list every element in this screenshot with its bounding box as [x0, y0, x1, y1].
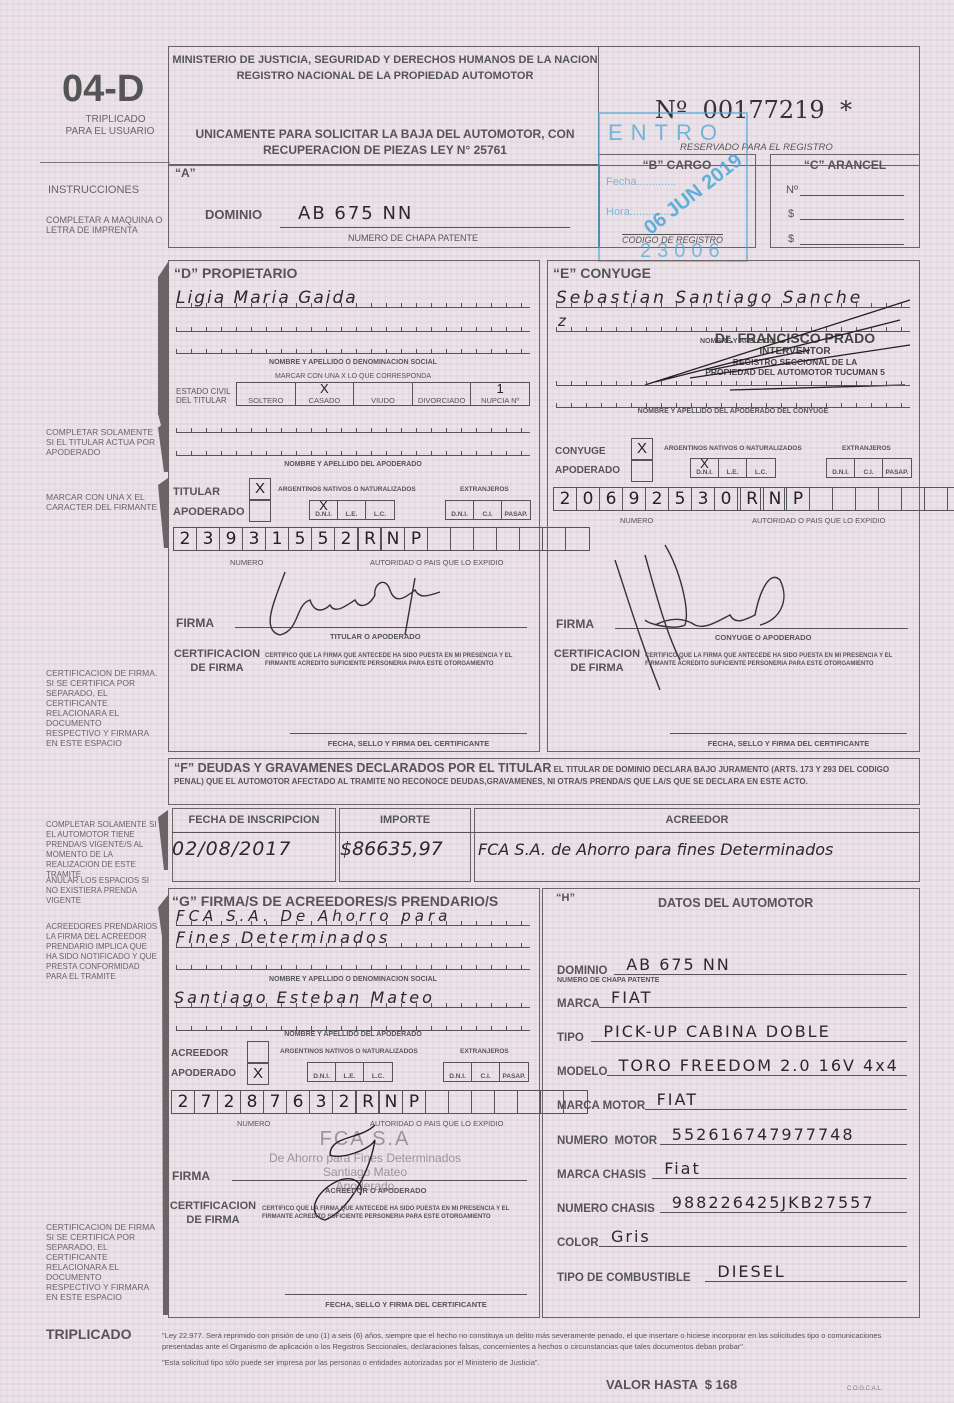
char-cell[interactable]: 6 — [600, 488, 623, 510]
char-cell[interactable]: R — [741, 488, 764, 510]
g-ext-caption: EXTRANJEROS — [460, 1048, 509, 1055]
arancel-s2-label: $ — [788, 233, 794, 245]
name-line-3[interactable] — [176, 346, 530, 354]
civil-label: ESTADO CIVIL DEL TITULAR — [176, 387, 236, 405]
importe-value[interactable]: $86635,97 — [340, 838, 443, 860]
char-cell[interactable]: 3 — [310, 1091, 333, 1113]
doc-type-option[interactable]: L.E. — [719, 459, 747, 477]
civil-option[interactable]: SOLTERO — [237, 383, 296, 405]
vehicle-field-label: TIPO — [557, 1032, 584, 1044]
stamp-entro: ENTRO — [608, 120, 725, 146]
ministry-title: MINISTERIO DE JUSTICIA, SEGURIDAD Y DERE… — [170, 54, 600, 66]
char-cell[interactable]: 3 — [197, 528, 220, 550]
vehicle-field-line[interactable] — [660, 1212, 907, 1213]
char-cell[interactable] — [879, 488, 902, 510]
cert-note-2: CERTIFICACION DE FIRMA SI SE CERTIFICA P… — [46, 1222, 158, 1302]
doc-type-mark: X — [691, 456, 718, 471]
char-cell[interactable]: 9 — [623, 488, 646, 510]
col-fecha-header: FECHA DE INSCRIPCION — [172, 814, 336, 826]
conyuge-firma-label: FIRMA — [556, 617, 594, 631]
char-cell[interactable]: 2 — [554, 488, 577, 510]
doc-type-option[interactable]: PASAP. — [883, 459, 911, 477]
vehicle-field: TIPOPICK-UP CABINA DOBLE — [557, 1022, 907, 1044]
arancel-s2-field[interactable] — [800, 244, 904, 245]
section-a-tag: “A” — [175, 166, 196, 180]
vehicle-field: NUMERO MOTOR552616747977748 — [557, 1125, 907, 1147]
valor-hasta: VALOR HASTA $ 168 — [606, 1377, 737, 1392]
conyuge-apoderado-checkbox[interactable] — [631, 460, 653, 482]
divider — [40, 162, 170, 163]
col-importe-header: IMPORTE — [339, 814, 471, 826]
char-cell[interactable] — [520, 528, 543, 550]
firmante-note: MARCAR CON UNA X EL CARACTER DEL FIRMANT… — [46, 492, 158, 512]
g-name-caption: NOMBRE Y APELLIDO O DENOMINACION SOCIAL — [176, 976, 530, 983]
vehicle-field-label: NUMERO MOTOR — [557, 1135, 657, 1147]
doc-type-option[interactable]: C.I. — [474, 501, 502, 519]
doc-type-option[interactable]: D.N.I.X — [310, 501, 338, 519]
char-cell[interactable]: N — [380, 1091, 403, 1113]
char-cell[interactable]: 0 — [577, 488, 600, 510]
g-line-3[interactable] — [176, 962, 530, 970]
vehicle-field-label: NUMERO CHASIS — [557, 1203, 655, 1215]
civil-option-label: SOLTERO — [237, 396, 295, 405]
char-cell[interactable]: 3 — [692, 488, 715, 510]
anular-note: ANULAR LOS ESPACIOS SI NO EXISTIERA PREN… — [46, 876, 158, 906]
vehicle-field-label: DOMINIO — [557, 965, 607, 977]
g-arg-doc-type[interactable]: D.N.I.L.E.L.C. — [307, 1062, 393, 1082]
doc-type-option[interactable]: C.I. — [472, 1063, 500, 1081]
g-cert-label: CERTIFICACION DE FIRMA — [168, 1199, 258, 1227]
vehicle-field-line[interactable] — [660, 1144, 907, 1145]
vehicle-field: COLORGris — [557, 1227, 907, 1249]
conyuge-certificante-line[interactable] — [670, 733, 907, 734]
g-firma-label: FIRMA — [172, 1169, 210, 1183]
arancel-s1-field[interactable] — [800, 219, 904, 220]
purpose-line-2: RECUPERACION DE PIEZAS LEY N° 25761 — [170, 143, 600, 157]
section-h-tag: “H” — [556, 892, 575, 904]
vehicle-field-value[interactable]: PICK-UP CABINA DOBLE — [603, 1022, 830, 1041]
char-cell[interactable] — [518, 1091, 541, 1113]
g-acreedor-checkbox[interactable] — [247, 1041, 269, 1063]
vehicle-field-value[interactable]: FIAT — [611, 988, 652, 1007]
dominio-label: DOMINIO — [205, 207, 262, 222]
doc-type-option[interactable]: D.N.I. — [446, 501, 474, 519]
vehicle-field-value[interactable]: Gris — [611, 1227, 651, 1246]
mark-caption: MARCAR CON UNA X LO QUE CORRESPONDA — [176, 373, 530, 380]
titular-checkbox[interactable]: X — [249, 478, 271, 500]
conyuge-ext-caption: EXTRANJEROS — [842, 445, 891, 452]
doc-type-option[interactable]: PASAP. — [502, 501, 530, 519]
char-cell[interactable] — [856, 488, 879, 510]
doc-type-option[interactable]: L.C. — [366, 501, 394, 519]
char-cell[interactable]: 2 — [172, 1091, 195, 1113]
conyuge-authority-field[interactable]: RNP — [740, 487, 954, 511]
name-line-1 — [176, 300, 530, 308]
g-line-2 — [176, 940, 530, 948]
section-f-title: “F” DEUDAS Y GRAVAMENES DECLARADOS POR E… — [174, 761, 551, 775]
g-apoderado-checkbox[interactable]: X — [247, 1063, 269, 1085]
vehicle-field-label: MARCA CHASIS — [557, 1169, 646, 1181]
char-cell[interactable] — [902, 488, 925, 510]
vehicle-field: DOMINIOAB 675 NNNUMERO DE CHAPA PATENTE — [557, 955, 907, 977]
vehicle-field-label: COLOR — [557, 1237, 599, 1249]
certificante-line[interactable] — [290, 733, 527, 734]
vehicle-field-sublabel: NUMERO DE CHAPA PATENTE — [557, 977, 659, 984]
g-arg-caption: ARGENTINOS NATIVOS O NATURALIZADOS — [280, 1048, 418, 1055]
col-acreedor-header: ACREEDOR — [474, 814, 920, 826]
conyuge-apoderado-caption: NOMBRE Y APELLIDO DEL APODERADO DEL CONY… — [556, 408, 910, 415]
char-cell[interactable] — [495, 1091, 518, 1113]
vehicle-field: MARCA CHASISFiat — [557, 1159, 907, 1181]
titular-label: TITULAR — [173, 486, 220, 498]
conyuge-firma-caption: CONYUGE O APODERADO — [715, 633, 811, 642]
g-cert-text: CERTIFICO QUE LA FIRMA QUE ANTECEDE HA S… — [262, 1205, 530, 1221]
vehicle-field-value[interactable]: FIAT — [657, 1090, 698, 1109]
char-cell[interactable]: 6 — [287, 1091, 310, 1113]
char-cell[interactable]: 0 — [715, 488, 738, 510]
instructions-typing: COMPLETAR A MAQUINA O LETRA DE IMPRENTA — [46, 215, 166, 235]
instructions-title: INSTRUCCIONES — [48, 184, 139, 196]
vehicle-field-line[interactable] — [614, 974, 907, 975]
conyuge-apoderado-line-1[interactable] — [556, 378, 910, 386]
char-cell[interactable] — [474, 528, 497, 550]
vehicle-field-value[interactable]: 988226425JKB27557 — [672, 1193, 875, 1212]
civil-option-label: VIUDO — [354, 396, 412, 405]
apoderado-label: APODERADO — [173, 506, 245, 518]
char-cell[interactable]: 2 — [174, 528, 197, 550]
char-cell[interactable]: 1 — [266, 528, 289, 550]
vehicle-field-line[interactable] — [645, 1109, 907, 1110]
vehicle-field-line[interactable] — [599, 1246, 907, 1247]
footer-copy-label: TRIPLICADO — [46, 1326, 132, 1342]
doc-type-option[interactable]: D.N.I. — [308, 1063, 336, 1081]
char-cell[interactable]: 8 — [241, 1091, 264, 1113]
g-line-1 — [176, 918, 530, 926]
char-cell[interactable]: 2 — [646, 488, 669, 510]
apoderado-line-2[interactable] — [176, 448, 530, 456]
vehicle-field-line[interactable] — [607, 1075, 907, 1076]
vehicle-field: MARCAFIAT — [557, 988, 907, 1010]
vehicle-field-label: MARCA MOTOR — [557, 1100, 645, 1112]
f-header-divider — [172, 832, 920, 833]
doc-type-option[interactable]: L.C. — [747, 459, 775, 477]
vehicle-field: TIPO DE COMBUSTIBLEDIESEL — [557, 1262, 907, 1284]
apoderado-line-1[interactable] — [176, 425, 530, 433]
civil-mark: 1 — [471, 381, 529, 396]
g-certificante-caption: FECHA, SELLO Y FIRMA DEL CERTIFICANTE — [285, 1300, 527, 1309]
vehicle-field-line[interactable] — [652, 1178, 907, 1179]
g-numero-caption: NUMERO — [237, 1119, 270, 1128]
vehicle-field-label: MARCA — [557, 998, 600, 1010]
civil-option[interactable]: 1NUPCIA Nº — [471, 383, 529, 405]
g-ext-doc-type[interactable]: D.N.I.C.I.PASAP. — [443, 1062, 529, 1082]
vehicle-field: NUMERO CHASIS988226425JKB27557 — [557, 1193, 907, 1215]
civil-option[interactable]: VIUDO — [354, 383, 413, 405]
ext-doc-type[interactable]: D.N.I.C.I.PASAP. — [445, 500, 531, 520]
char-cell[interactable]: 2 — [333, 1091, 356, 1113]
char-cell[interactable] — [925, 488, 948, 510]
form-code: 04-D — [62, 68, 144, 111]
cert-label: CERTIFICACION DE FIRMA — [172, 647, 262, 675]
arg-caption: ARGENTINOS NATIVOS O NATURALIZADOS — [278, 486, 416, 493]
char-cell[interactable] — [810, 488, 833, 510]
apoderado-note: COMPLETAR SOLAMENTE SI EL TITULAR ACTUA … — [46, 427, 158, 457]
cert-text: CERTIFICO QUE LA FIRMA QUE ANTECEDE HA S… — [265, 652, 530, 668]
g-apoderado-caption: NOMBRE Y APELLIDO DEL APODERADO — [176, 1031, 530, 1038]
char-cell[interactable] — [426, 1091, 449, 1113]
ext-caption: EXTRANJEROS — [460, 486, 509, 493]
prenda-note: COMPLETAR SOLAMENTE SI EL AUTOMOTOR TIEN… — [46, 820, 158, 880]
dominio-field[interactable]: AB 675 NN — [298, 203, 413, 224]
doc-type-option[interactable]: L.E. — [336, 1063, 364, 1081]
char-cell[interactable]: 5 — [312, 528, 335, 550]
doc-type-option[interactable]: PASAP. — [500, 1063, 528, 1081]
char-cell[interactable]: 3 — [243, 528, 266, 550]
g-firma-caption: ACREEDOR O APODERADO — [325, 1186, 426, 1195]
conyuge-arg-caption: ARGENTINOS NATIVOS O NATURALIZADOS — [664, 445, 802, 452]
conyuge-checkbox[interactable]: X — [631, 438, 653, 460]
doc-type-option[interactable]: D.N.I.X — [691, 459, 719, 477]
civil-option[interactable]: XCASADO — [296, 383, 355, 405]
char-cell[interactable]: P — [787, 488, 810, 510]
char-cell[interactable]: P — [405, 528, 428, 550]
acreedor-value[interactable]: FCA S.A. de Ahorro para fines Determinad… — [478, 840, 833, 859]
char-cell[interactable]: 5 — [289, 528, 312, 550]
vehicle-field-label: TIPO DE COMBUSTIBLE — [557, 1272, 691, 1284]
conyuge-cert-label: CERTIFICACION DE FIRMA — [552, 647, 642, 675]
name-line-2[interactable] — [176, 324, 530, 332]
civil-mark: X — [296, 381, 354, 396]
arancel-s1-label: $ — [788, 208, 794, 220]
char-cell[interactable]: 9 — [220, 528, 243, 550]
doc-type-option[interactable]: C.I. — [855, 459, 883, 477]
conyuge-certificante-caption: FECHA, SELLO Y FIRMA DEL CERTIFICANTE — [670, 739, 907, 748]
vehicle-field-line[interactable] — [591, 1041, 907, 1042]
dominio-underline — [280, 227, 570, 228]
section-d-title: “D” PROPIETARIO — [174, 265, 297, 281]
vehicle-field-value[interactable]: DIESEL — [717, 1262, 785, 1281]
civil-option-label: NUPCIA Nº — [471, 396, 529, 405]
firma-label: FIRMA — [176, 616, 214, 630]
char-cell[interactable] — [428, 528, 451, 550]
section-e-title: “E” CONYUGE — [553, 265, 651, 281]
char-cell[interactable]: N — [764, 488, 787, 510]
g-certificante-line[interactable] — [285, 1294, 527, 1295]
copy-sub: PARA EL USUARIO — [58, 126, 162, 137]
char-cell[interactable]: 2 — [335, 528, 358, 550]
char-cell[interactable] — [449, 1091, 472, 1113]
arancel-n-field[interactable] — [800, 195, 904, 196]
printer-code: C.O.G.C.A.L. — [847, 1386, 882, 1392]
firma-caption: TITULAR O APODERADO — [330, 632, 421, 641]
char-cell[interactable]: P — [403, 1091, 426, 1113]
print-text: "Esta solicitud tipo sólo puede ser impr… — [162, 1358, 907, 1367]
vehicle-field-line[interactable] — [705, 1281, 907, 1282]
copy-label: TRIPLICADO — [68, 114, 163, 125]
doc-type-option[interactable]: L.E. — [338, 501, 366, 519]
section-c-title: “C” ARANCEL — [770, 158, 920, 172]
vehicle-field-value[interactable]: AB 675 NN — [626, 955, 731, 974]
doc-type-option[interactable]: D.N.I. — [444, 1063, 472, 1081]
char-cell[interactable] — [833, 488, 856, 510]
conyuge-apoderado-label: APODERADO — [555, 465, 620, 476]
vehicle-field-label: MODELO — [557, 1066, 607, 1078]
conyuge-label: CONYUGE — [555, 446, 606, 457]
char-cell[interactable]: 5 — [669, 488, 692, 510]
conyuge-ext-doc-type[interactable]: D.N.I.C.I.PASAP. — [826, 458, 912, 478]
doc-type-option[interactable]: D.N.I. — [827, 459, 855, 477]
doc-type-option[interactable]: L.C. — [364, 1063, 392, 1081]
name-caption: NOMBRE Y APELLIDO O DENOMINACION SOCIAL — [176, 359, 530, 366]
doc-type-mark: X — [310, 498, 337, 513]
char-cell[interactable]: R — [359, 528, 382, 550]
apoderado-caption: NOMBRE Y APELLIDO DEL APODERADO — [176, 461, 530, 468]
registry-title: REGISTRO NACIONAL DE LA PROPIEDAD AUTOMO… — [170, 70, 600, 82]
civil-option-label: CASADO — [296, 396, 354, 405]
conyuge-arg-doc-type[interactable]: D.N.I.XL.E.L.C. — [690, 458, 776, 478]
char-cell[interactable]: 7 — [195, 1091, 218, 1113]
conyuge-apoderado-line-2[interactable] — [556, 400, 910, 408]
civil-status-grid: SOLTEROXCASADOVIUDODIVORCIADO1NUPCIA Nº — [236, 382, 530, 406]
conyuge-cert-text: CERTIFICO QUE LA FIRMA QUE ANTECEDE HA S… — [645, 652, 913, 668]
civil-option-label: DIVORCIADO — [413, 396, 471, 405]
arg-doc-type[interactable]: D.N.I.XL.E.L.C. — [309, 500, 395, 520]
char-cell[interactable] — [948, 488, 954, 510]
acreedores-note: ACREEDORES PRENDARIOS LA FIRMA DEL ACREE… — [46, 922, 158, 982]
dominio-caption: NUMERO DE CHAPA PATENTE — [348, 233, 478, 243]
vehicle-field-line[interactable] — [599, 1007, 907, 1008]
conyuge-numero-caption: NUMERO — [620, 516, 653, 525]
cert-note-1: CERTIFICACION DE FIRMA. SI SE CERTIFICA … — [46, 668, 158, 748]
conyuge-authority-caption: AUTORIDAD O PAIS QUE LO EXPIDIO — [752, 516, 886, 525]
certificante-caption: FECHA, SELLO Y FIRMA DEL CERTIFICANTE — [290, 739, 527, 748]
vehicle-field-value[interactable]: TORO FREEDOM 2.0 16V 4x4 — [619, 1056, 899, 1075]
arancel-n-label: Nº — [786, 184, 798, 196]
vehicle-field-value[interactable]: 552616747977748 — [672, 1125, 855, 1144]
char-cell[interactable]: R — [357, 1091, 380, 1113]
char-cell[interactable] — [472, 1091, 495, 1113]
section-h-title: DATOS DEL AUTOMOTOR — [658, 896, 813, 910]
char-cell[interactable]: 2 — [218, 1091, 241, 1113]
vehicle-field-value[interactable]: Fiat — [664, 1159, 701, 1178]
apoderado-checkbox[interactable] — [249, 500, 271, 522]
civil-option[interactable]: DIVORCIADO — [413, 383, 472, 405]
vehicle-field: MODELOTORO FREEDOM 2.0 16V 4x4 — [557, 1056, 907, 1078]
char-cell[interactable]: N — [382, 528, 405, 550]
g-apoderado-label: APODERADO — [171, 1068, 236, 1079]
char-cell[interactable] — [497, 528, 520, 550]
g-line-5[interactable] — [176, 1023, 530, 1031]
purpose-line-1: UNICAMENTE PARA SOLICITAR LA BAJA DEL AU… — [170, 127, 600, 141]
vehicle-field: MARCA MOTORFIAT — [557, 1090, 907, 1112]
g-line-4 — [176, 1000, 530, 1008]
fecha-inscripcion-value[interactable]: 02/08/2017 — [172, 838, 292, 860]
g-acreedor-label: ACREEDOR — [171, 1048, 228, 1059]
char-cell[interactable]: 7 — [264, 1091, 287, 1113]
law-text: "Ley 22.977. Será reprimido con prisión … — [162, 1330, 907, 1352]
char-cell[interactable] — [451, 528, 474, 550]
section-f-text: “F” DEUDAS Y GRAVAMENES DECLARADOS POR E… — [174, 762, 914, 788]
